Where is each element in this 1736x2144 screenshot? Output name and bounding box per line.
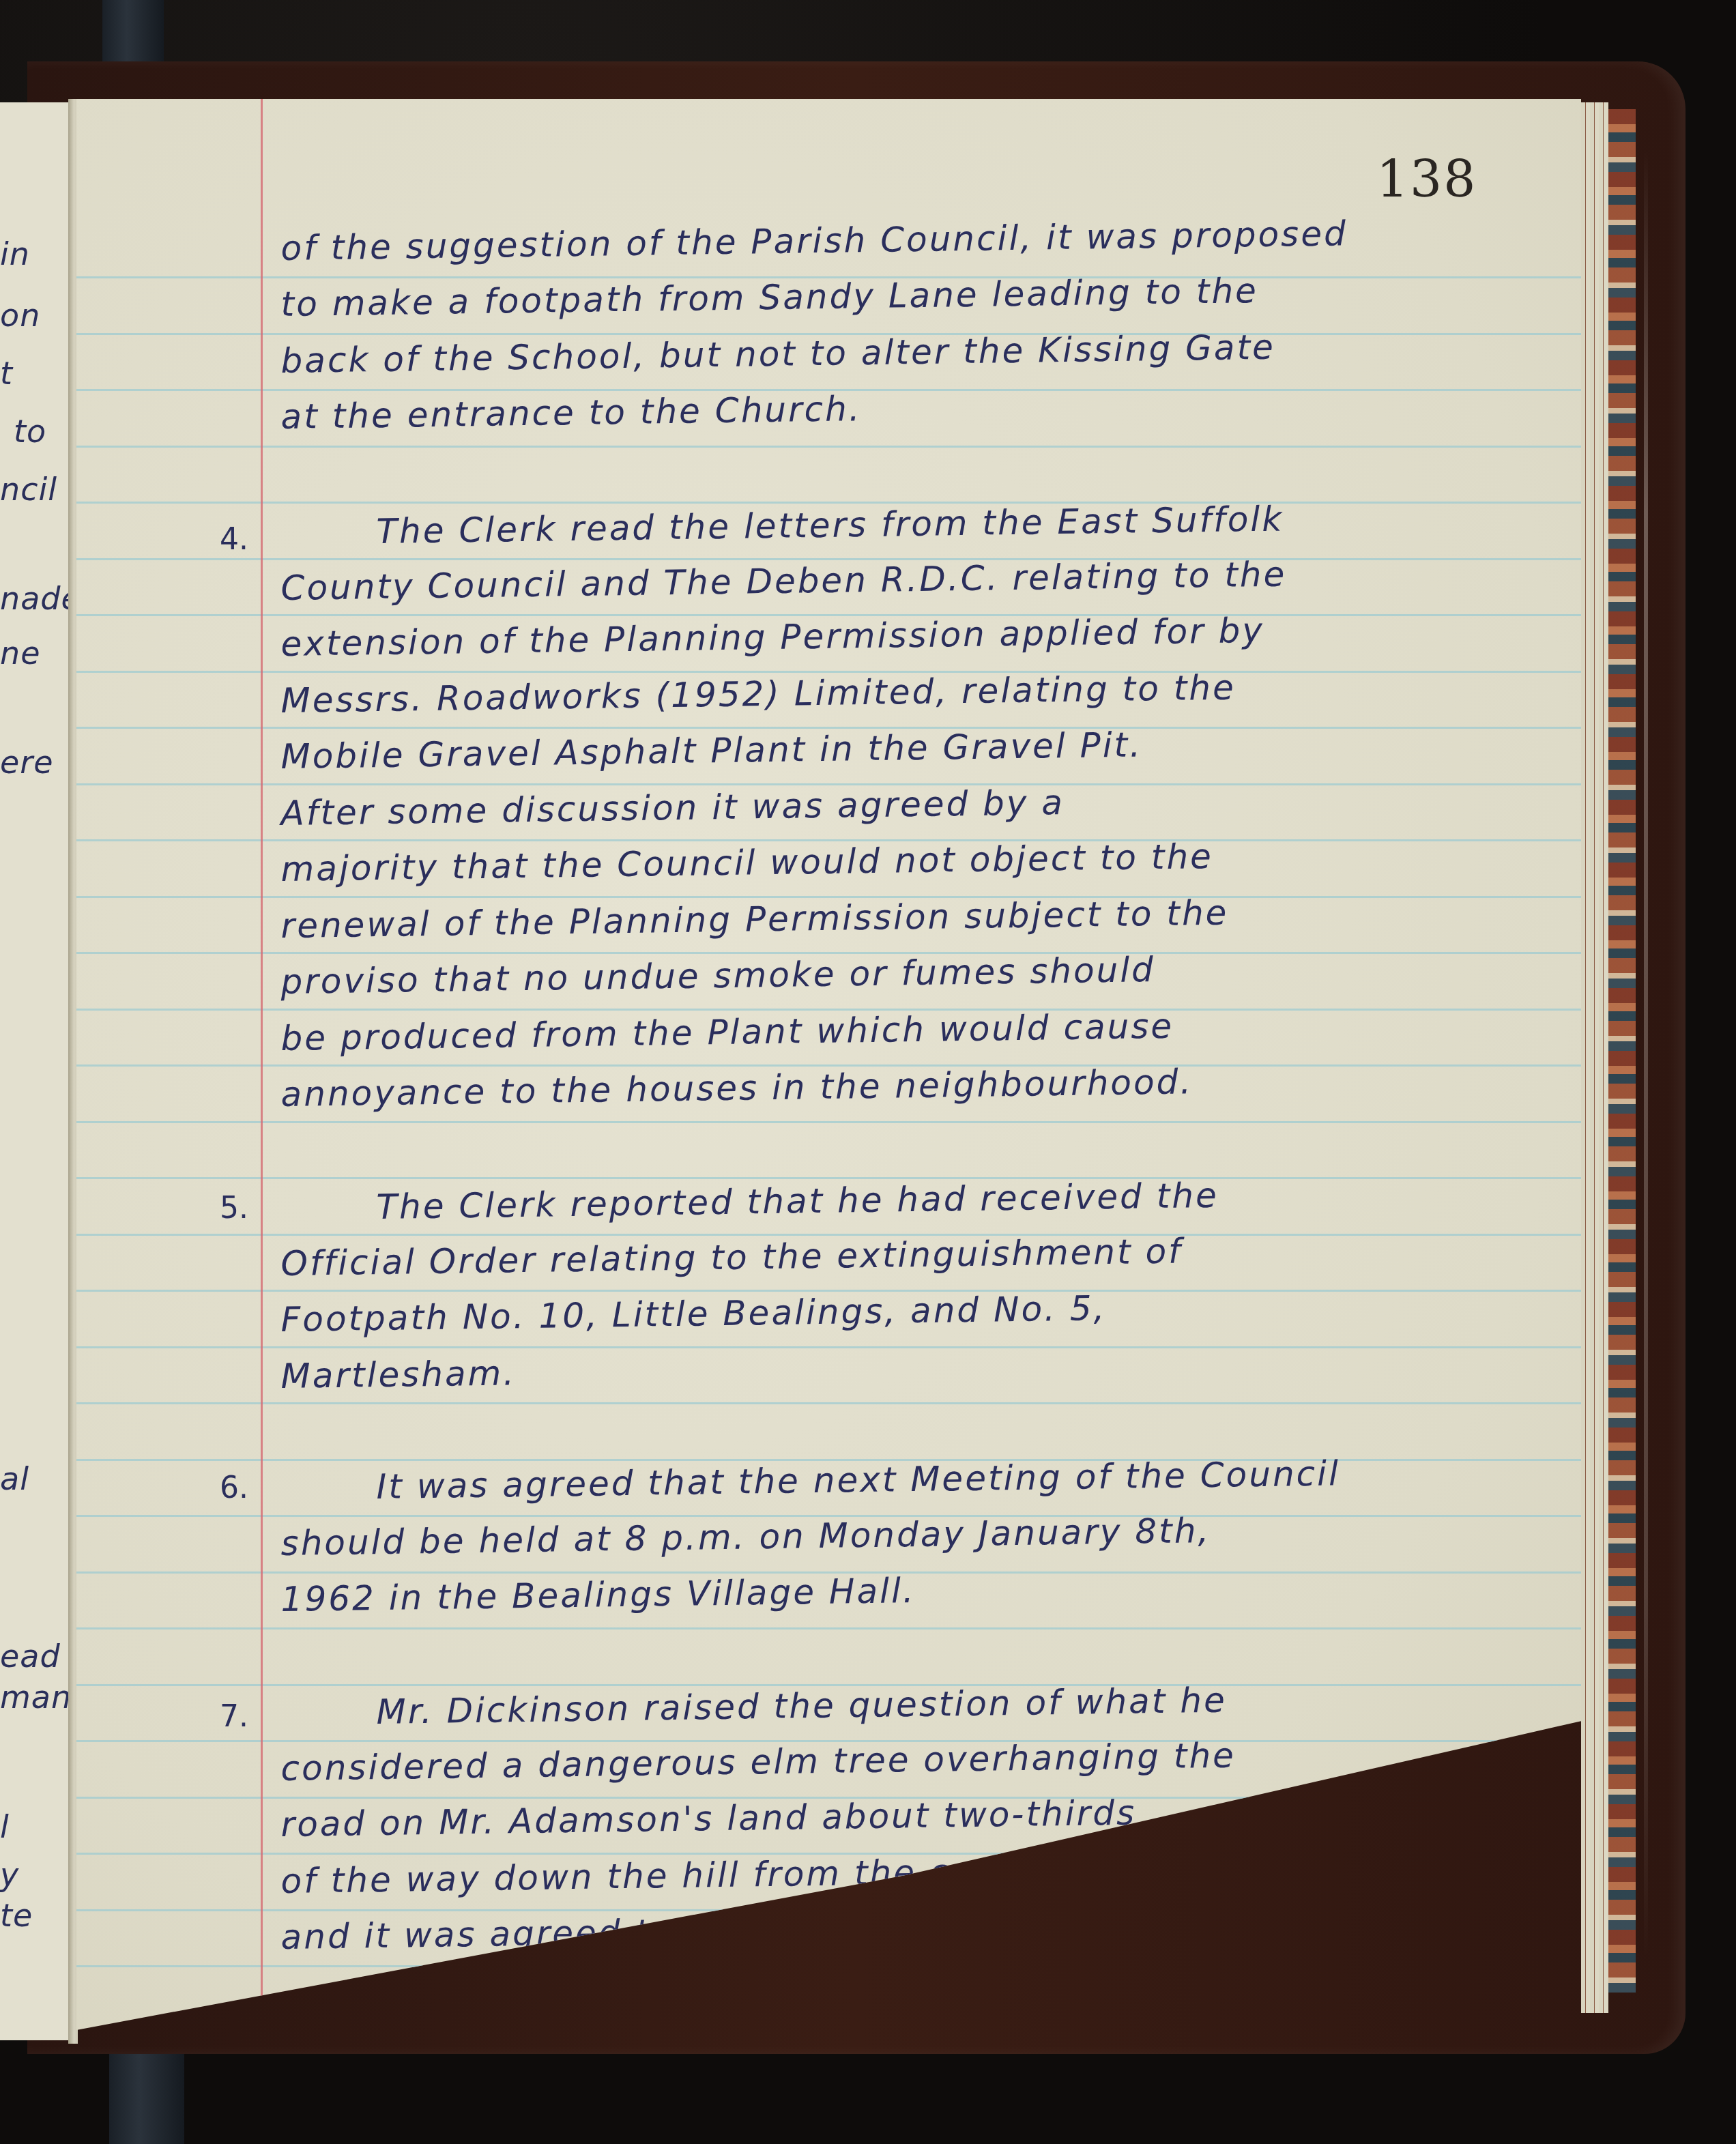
left-fragment: to (14, 413, 46, 450)
ruled-line (76, 1627, 1581, 1629)
left-fragment: ere (0, 744, 54, 781)
item-number-7: 7. (220, 1699, 248, 1734)
handwritten-line: It was agreed that the next Meeting of t… (376, 1449, 1581, 1507)
spine-gutter (68, 99, 78, 2044)
left-fragment: t (0, 355, 13, 392)
ruled-line (76, 1402, 1581, 1404)
item-number-4: 4. (220, 522, 248, 557)
item-number-6: 6. (220, 1471, 248, 1505)
handwritten-line: to make a footpath from Sandy Lane leadi… (280, 266, 1578, 324)
page-number: 138 (1376, 150, 1477, 209)
ruled-line (76, 446, 1581, 448)
ruled-line (76, 1121, 1581, 1123)
minute-book-page: 138 of the suggestion of the Parish Coun… (76, 99, 1581, 2030)
left-fragment: y (0, 1856, 19, 1893)
left-fragment: ncil (0, 471, 57, 508)
handwritten-line: 1962 in the Bealings Village Hall. (280, 1561, 1578, 1619)
left-facing-page: in on t to ncil nade ne ere al ead man l… (0, 102, 73, 2040)
cover-edge-highlight (1644, 150, 1648, 1958)
handwritten-line: at the entrance to the Church. (280, 379, 1578, 437)
handwritten-line: Mr. Dickinson raised the question of wha… (376, 1674, 1581, 1732)
left-fragment: l (0, 1808, 10, 1845)
handwritten-line: back of the School, but not to alter the… (280, 323, 1578, 381)
left-fragment: al (0, 1460, 29, 1497)
left-fragment: te (0, 1897, 33, 1934)
left-fragment: ne (0, 635, 40, 671)
left-fragment: man (0, 1679, 72, 1715)
left-fragment: in (0, 235, 30, 272)
page-stack-edges (1581, 102, 1608, 2013)
left-fragment: on (0, 297, 40, 334)
left-fragment: ead (0, 1638, 61, 1675)
marbled-page-edge (1608, 109, 1636, 1993)
item-number-5: 5. (220, 1191, 248, 1226)
margin-rule (261, 99, 263, 2030)
handwritten-line: of the suggestion of the Parish Council,… (280, 210, 1578, 268)
